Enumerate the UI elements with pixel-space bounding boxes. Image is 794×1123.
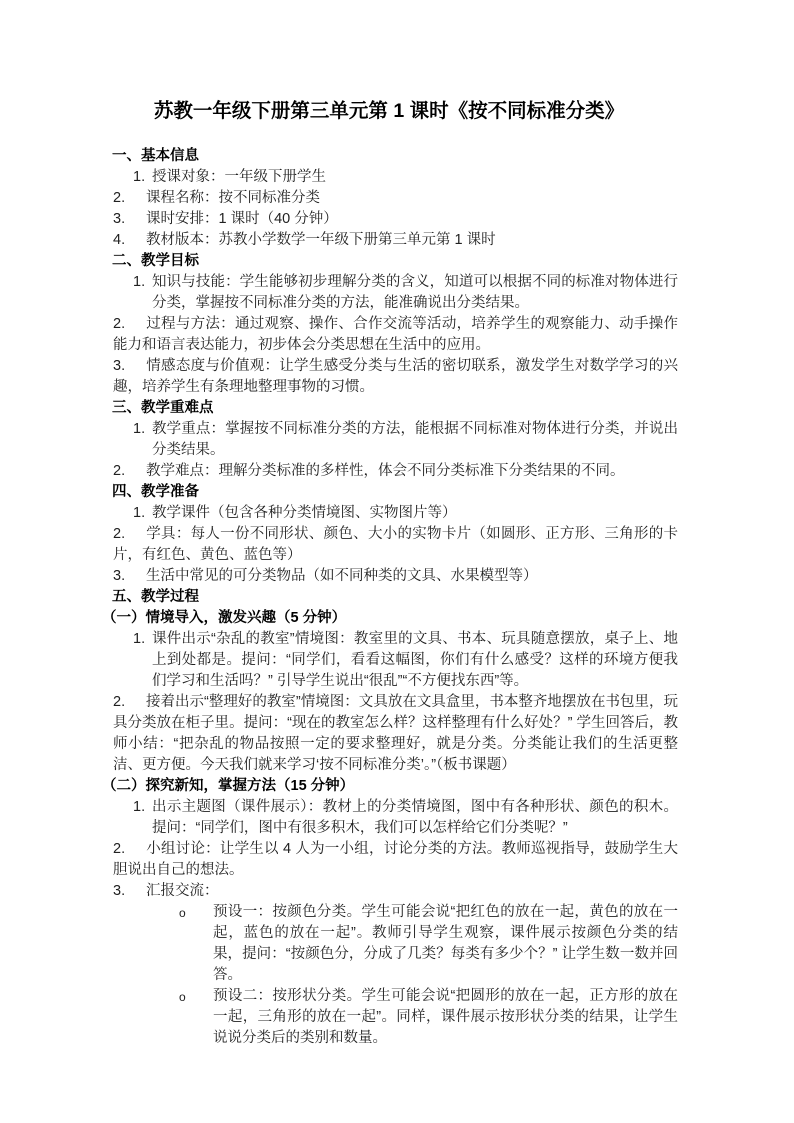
list-item-text: 课件出示“杂乱的教室”情境图：教室里的文具、书本、玩具随意摆放，桌子上、地上到处… [152,631,678,689]
list-item: 1.教学课件（包含各种分类情境图、实物图片等） [100,503,678,524]
list-item: 1.课件出示“杂乱的教室”情境图：教室里的文具、书本、玩具随意摆放，桌子上、地上… [100,629,678,692]
list-item: 3.课时安排：1 课时（40 分钟） [113,209,678,230]
list-marker: 2. [113,839,146,860]
list-item: 2.学具：每人一份不同形状、颜色、大小的实物卡片（如圆形、正方形、三角形的卡片，… [113,524,678,566]
section-heading-preparation: 四、教学准备 [112,482,678,503]
list-marker: 2. [113,188,146,209]
list-marker: 2. [113,461,146,482]
list-item-text: 教学课件（包含各种分类情境图、实物图片等） [152,505,457,521]
list-item-text: 教学重点：掌握按不同标准分类的方法，能根据不同标准对物体进行分类，并说出分类结果… [152,421,678,458]
list-marker: 3. [113,881,146,902]
list-item-text: 情感态度与价值观：让学生感受分类与生活的密切联系，激发学生对数学学习的兴趣，培养… [113,358,678,395]
list-marker: 1. [133,797,145,818]
section-heading-teaching-process: 五、教学过程 [112,587,678,608]
document-page: 苏教一年级下册第三单元第 1 课时《按不同标准分类》 一、基本信息 1.授课对象… [0,0,794,1123]
list-item-text: 生活中常见的可分类物品（如不同种类的文具、水果模型等） [146,568,538,584]
list-item: 1.出示主题图（课件展示）：教材上的分类情境图，图中有各种形状、颜色的积木。提问… [100,797,678,839]
list-item-text: 教学难点：理解分类标准的多样性，体会不同分类标准下分类结果的不同。 [146,463,625,479]
list-item: 1.教学重点：掌握按不同标准分类的方法，能根据不同标准对物体进行分类，并说出分类… [100,419,678,461]
section-heading-basic-info: 一、基本信息 [112,146,678,167]
section-heading-teaching-goals: 二、教学目标 [112,251,678,272]
list-item-text: 授课对象：一年级下册学生 [152,169,326,185]
list-item-text: 课时安排：1 课时（40 分钟） [146,211,338,227]
list-marker: 3. [113,356,146,377]
list-item: 2.课程名称：按不同标准分类 [113,188,678,209]
list-item-text: 预设二：按形状分类。学生可能会说“把圆形的放在一起，正方形的放在一起，三角形的放… [213,988,678,1046]
list-item-text: 接着出示“整理好的教室”情境图：文具放在文具盒里，书本整齐地摆放在书包里，玩具分… [113,694,678,773]
bullet-marker: o [179,987,186,1008]
list-marker: 3. [113,566,146,587]
list-item-text: 过程与方法：通过观察、操作、合作交流等活动，培养学生的观察能力、动手操作能力和语… [113,316,678,353]
list-marker: 1. [133,272,145,293]
list-item-text: 学具：每人一份不同形状、颜色、大小的实物卡片（如圆形、正方形、三角形的卡片，有红… [113,526,678,563]
list-marker: 1. [133,419,145,440]
list-item: 2.教学难点：理解分类标准的多样性，体会不同分类标准下分类结果的不同。 [113,461,678,482]
list-item: 2.过程与方法：通过观察、操作、合作交流等活动，培养学生的观察能力、动手操作能力… [113,314,678,356]
list-item: 3.情感态度与价值观：让学生感受分类与生活的密切联系，激发学生对数学学习的兴趣，… [113,356,678,398]
section-heading-key-points: 三、教学重难点 [112,398,678,419]
list-item: 2.小组讨论：让学生以 4 人为一小组，讨论分类的方法。教师巡视指导，鼓励学生大… [113,839,678,881]
list-item-text: 知识与技能：学生能够初步理解分类的含义，知道可以根据不同的标准对物体进行分类，掌… [152,274,678,311]
list-marker: 3. [113,209,146,230]
list-marker: 2. [113,524,146,545]
list-item: o预设一：按颜色分类。学生可能会说“把红色的放在一起，黄色的放在一起，蓝色的放在… [100,902,678,986]
subsection-heading-explore: （二）探究新知，掌握方法（15 分钟） [102,776,678,797]
list-item: o预设二：按形状分类。学生可能会说“把圆形的放在一起，正方形的放在一起，三角形的… [100,986,678,1049]
list-item: 3.汇报交流： [113,881,678,902]
list-marker: 1. [133,503,145,524]
list-marker: 2. [113,314,146,335]
list-marker: 1. [133,629,145,650]
list-item: 3.生活中常见的可分类物品（如不同种类的文具、水果模型等） [113,566,678,587]
list-item-text: 课程名称：按不同标准分类 [146,190,320,206]
list-item-text: 汇报交流： [146,883,219,899]
list-item: 1.知识与技能：学生能够初步理解分类的含义，知道可以根据不同的标准对物体进行分类… [100,272,678,314]
list-marker: 4. [113,230,146,251]
list-item: 1.授课对象：一年级下册学生 [100,167,678,188]
list-item-text: 出示主题图（课件展示）：教材上的分类情境图，图中有各种形状、颜色的积木。提问：“… [152,799,678,836]
list-item: 2.接着出示“整理好的教室”情境图：文具放在文具盒里，书本整齐地摆放在书包里，玩… [113,692,678,776]
list-item-text: 教材版本：苏教小学数学一年级下册第三单元第 1 课时 [146,232,496,248]
list-marker: 1. [133,167,145,188]
document-title: 苏教一年级下册第三单元第 1 课时《按不同标准分类》 [100,99,678,123]
list-item: 4.教材版本：苏教小学数学一年级下册第三单元第 1 课时 [113,230,678,251]
bullet-marker: o [179,903,186,924]
list-item-text: 小组讨论：让学生以 4 人为一小组，讨论分类的方法。教师巡视指导，鼓励学生大胆说… [113,841,678,878]
list-item-text: 预设一：按颜色分类。学生可能会说“把红色的放在一起，黄色的放在一起，蓝色的放在一… [213,904,678,983]
list-marker: 2. [113,692,146,713]
subsection-heading-intro: （一）情境导入，激发兴趣（5 分钟） [102,608,678,629]
